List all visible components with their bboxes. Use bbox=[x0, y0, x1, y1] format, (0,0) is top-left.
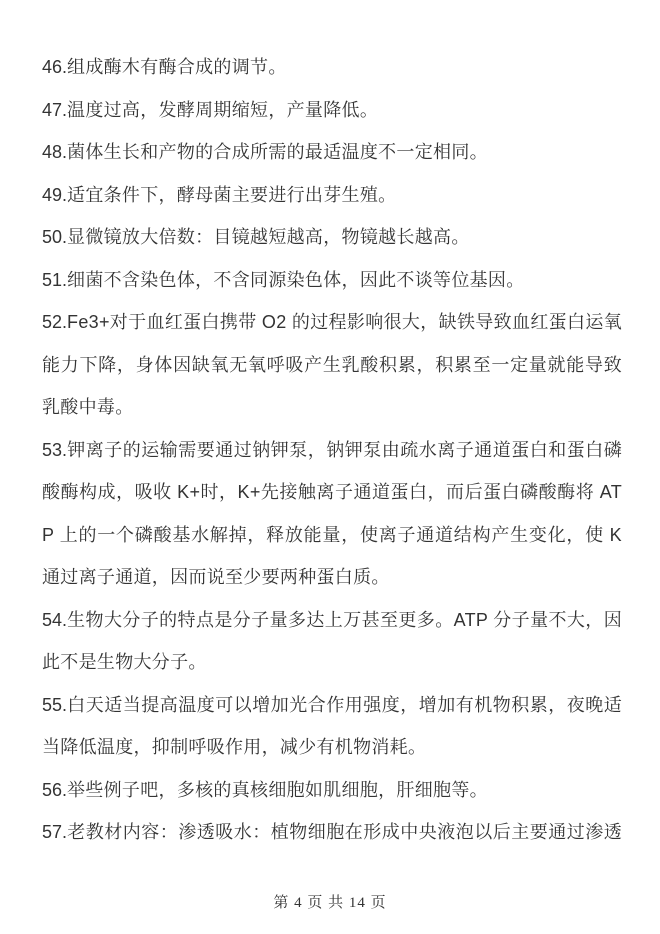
note-number: 54. bbox=[42, 610, 67, 630]
note-item-52: 52.Fe3+对于血红蛋白携带 O2 的过程影响很大，缺铁导致血红蛋白运氧能力下… bbox=[42, 301, 622, 429]
note-text: 白天适当提高温度可以增加光合作用强度，增加有机物积累，夜晚适当降低温度，抑制呼吸… bbox=[42, 695, 622, 758]
note-item-54: 54.生物大分子的特点是分子量多达上万甚至更多。ATP 分子量不大，因此不是生物… bbox=[42, 599, 622, 684]
note-number: 52. bbox=[42, 312, 67, 332]
note-text: 适宜条件下，酵母菌主要进行出芽生殖。 bbox=[67, 185, 396, 205]
note-item-46: 46.组成酶木有酶合成的调节。 bbox=[42, 46, 622, 89]
note-number: 46. bbox=[42, 57, 67, 77]
note-item-56: 56.举些例子吧，多核的真核细胞如肌细胞，肝细胞等。 bbox=[42, 769, 622, 812]
note-text: 温度过高，发酵周期缩短，产量降低。 bbox=[67, 100, 378, 120]
note-number: 53. bbox=[42, 440, 67, 460]
notes-list: 46.组成酶木有酶合成的调节。 47.温度过高，发酵周期缩短，产量降低。 48.… bbox=[42, 46, 622, 864]
note-number: 57. bbox=[42, 822, 67, 842]
note-item-50: 50.显微镜放大倍数：目镜越短越高，物镜越长越高。 bbox=[42, 216, 622, 259]
note-number: 56. bbox=[42, 780, 67, 800]
note-text: 组成酶木有酶合成的调节。 bbox=[67, 57, 287, 77]
note-item-57: 57.老教材内容：渗透吸水：植物细胞在形成中央液泡以后主要通过渗透作 bbox=[42, 811, 622, 864]
note-item-51: 51.细菌不含染色体，不含同源染色体，因此不谈等位基因。 bbox=[42, 259, 622, 302]
note-text: Fe3+对于血红蛋白携带 O2 的过程影响很大，缺铁导致血红蛋白运氧能力下降，身… bbox=[42, 312, 622, 417]
note-text: 老教材内容：渗透吸水：植物细胞在形成中央液泡以后主要通过渗透作 bbox=[42, 822, 622, 864]
note-number: 50. bbox=[42, 227, 67, 247]
note-number: 51. bbox=[42, 270, 67, 290]
note-item-49: 49.适宜条件下，酵母菌主要进行出芽生殖。 bbox=[42, 174, 622, 217]
note-text: 显微镜放大倍数：目镜越短越高，物镜越长越高。 bbox=[67, 227, 470, 247]
document-page: 46.组成酶木有酶合成的调节。 47.温度过高，发酵周期缩短，产量降低。 48.… bbox=[0, 0, 660, 934]
note-text: 菌体生长和产物的合成所需的最适温度不一定相同。 bbox=[67, 142, 488, 162]
note-text: 生物大分子的特点是分子量多达上万甚至更多。ATP 分子量不大，因此不是生物大分子… bbox=[42, 610, 622, 673]
note-number: 48. bbox=[42, 142, 67, 162]
note-text: 钾离子的运输需要通过钠钾泵，钠钾泵由疏水离子通道蛋白和蛋白磷酸酶构成，吸收 K+… bbox=[42, 440, 622, 588]
note-item-55: 55.白天适当提高温度可以增加光合作用强度，增加有机物积累，夜晚适当降低温度，抑… bbox=[42, 684, 622, 769]
note-number: 49. bbox=[42, 185, 67, 205]
note-number: 47. bbox=[42, 100, 67, 120]
note-number: 55. bbox=[42, 695, 67, 715]
note-text: 举些例子吧，多核的真核细胞如肌细胞，肝细胞等。 bbox=[67, 780, 488, 800]
document-viewport: { "document": { "items": [ { "label": "4… bbox=[0, 0, 660, 934]
note-text: 细菌不含染色体，不含同源染色体，因此不谈等位基因。 bbox=[67, 270, 525, 290]
note-item-47: 47.温度过高，发酵周期缩短，产量降低。 bbox=[42, 89, 622, 132]
note-item-48: 48.菌体生长和产物的合成所需的最适温度不一定相同。 bbox=[42, 131, 622, 174]
page-footer: 第 4 页 共 14 页 bbox=[0, 891, 660, 912]
note-item-53: 53.钾离子的运输需要通过钠钾泵，钠钾泵由疏水离子通道蛋白和蛋白磷酸酶构成，吸收… bbox=[42, 429, 622, 599]
